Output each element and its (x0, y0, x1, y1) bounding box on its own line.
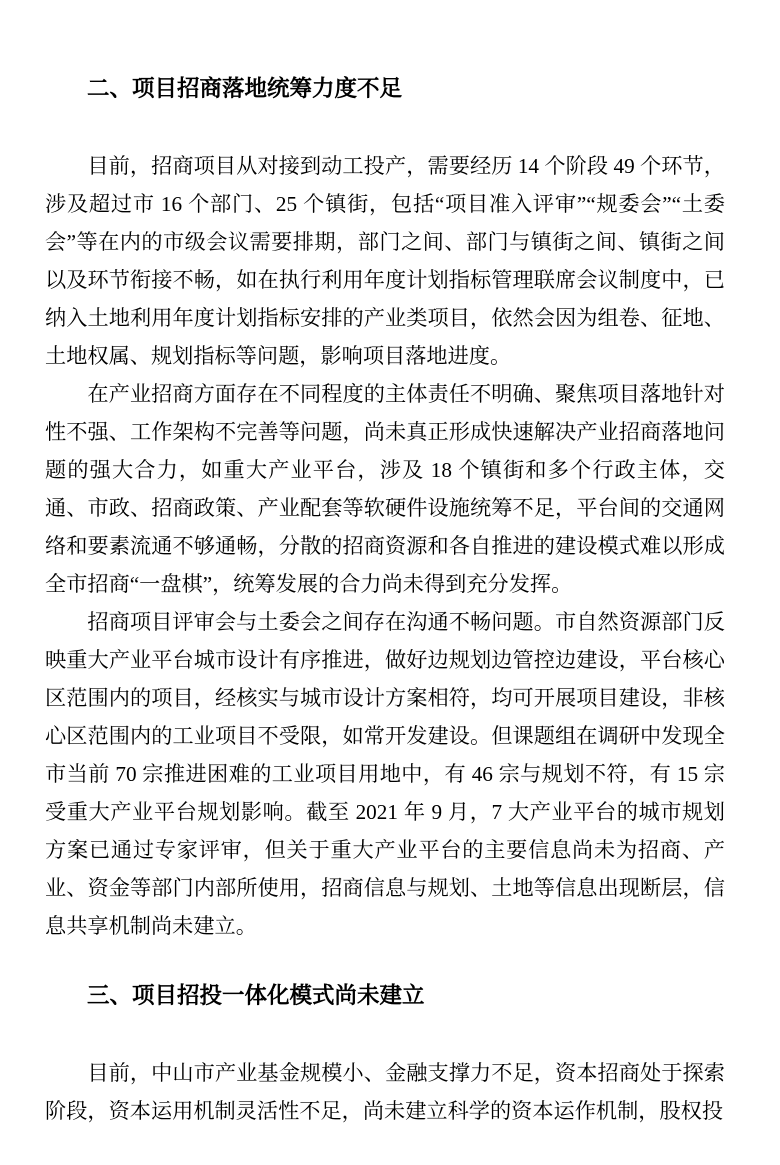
paragraph: 在产业招商方面存在不同程度的主体责任不明确、聚焦项目落地针对性不强、工作架构不完… (45, 375, 725, 603)
paragraph: 目前，中山市产业基金规模小、金融支撑力不足，资本招商处于探索阶段，资本运用机制灵… (45, 1054, 725, 1130)
paragraph: 目前，招商项目从对接到动工投产，需要经历 14 个阶段 49 个环节，涉及超过市… (45, 147, 725, 375)
section-heading-2: 二、项目招商落地统筹力度不足 (87, 70, 725, 108)
document-content: 二、项目招商落地统筹力度不足 目前，招商项目从对接到动工投产，需要经历 14 个… (0, 70, 780, 1130)
paragraph: 招商项目评审会与土委会之间存在沟通不畅问题。市自然资源部门反映重大产业平台城市设… (45, 603, 725, 945)
section-heading-3: 三、项目招投一体化模式尚未建立 (87, 977, 725, 1015)
document-page: 二、项目招商落地统筹力度不足 目前，招商项目从对接到动工投产，需要经历 14 个… (0, 0, 780, 1165)
